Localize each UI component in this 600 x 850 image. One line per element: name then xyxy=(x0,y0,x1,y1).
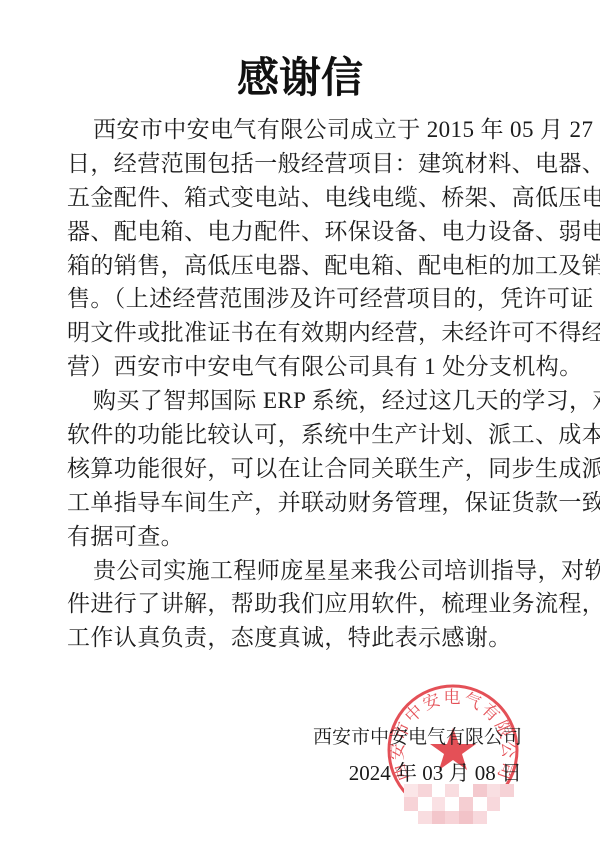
body-line: 工作认真负责，态度真诚，特此表示感谢。 xyxy=(67,621,527,655)
body-line: 有据可查。 xyxy=(67,520,527,554)
body-line: 日，经营范围包括一般经营项目：建筑材料、电器、 xyxy=(67,147,527,181)
body-line: 件进行了讲解，帮助我们应用软件，梳理业务流程， xyxy=(67,587,527,621)
signature-company: 西安市中安电气有限公司 xyxy=(313,726,522,750)
body-line: 购买了智邦国际 ERP 系统，经过这几天的学习，对 xyxy=(67,384,527,418)
signature-date: 2024 年 03 月 08 日 xyxy=(349,760,522,786)
body-line: 五金配件、箱式变电站、电线电缆、桥架、高低压电 xyxy=(67,181,527,215)
body-line: 工单指导车间生产，并联动财务管理，保证货款一致， xyxy=(67,486,527,520)
body-line: 器、配电箱、电力配件、环保设备、电力设备、弱电 xyxy=(67,215,527,249)
body-line: 软件的功能比较认可，系统中生产计划、派工、成本 xyxy=(67,418,527,452)
body-line: 营）西安市中安电气有限公司具有 1 处分支机构。 xyxy=(67,350,527,384)
paragraph-erp-feedback: 购买了智邦国际 ERP 系统，经过这几天的学习，对 软件的功能比较认可，系统中生… xyxy=(67,384,527,553)
body-line: 售。（上述经营范围涉及许可经营项目的，凭许可证 xyxy=(67,282,527,316)
body-line: 明文件或批准证书在有效期内经营，未经许可不得经 xyxy=(67,316,527,350)
seal-redacted-area xyxy=(404,784,514,824)
body-line: 箱的销售，高低压电器、配电箱、配电柜的加工及销 xyxy=(67,249,527,283)
body-line: 贵公司实施工程师庞星星来我公司培训指导，对软 xyxy=(67,554,527,588)
letter-body: 西安市中安电气有限公司成立于 2015 年 05 月 27 日，经营范围包括一般… xyxy=(67,113,527,655)
body-line: 西安市中安电气有限公司成立于 2015 年 05 月 27 xyxy=(67,113,527,147)
paragraph-company-intro: 西安市中安电气有限公司成立于 2015 年 05 月 27 日，经营范围包括一般… xyxy=(67,113,527,384)
body-line: 核算功能很好，可以在让合同关联生产，同步生成派 xyxy=(67,452,527,486)
letter-title: 感谢信 xyxy=(0,54,600,102)
paragraph-thanks: 贵公司实施工程师庞星星来我公司培训指导，对软 件进行了讲解，帮助我们应用软件，梳… xyxy=(67,554,527,656)
